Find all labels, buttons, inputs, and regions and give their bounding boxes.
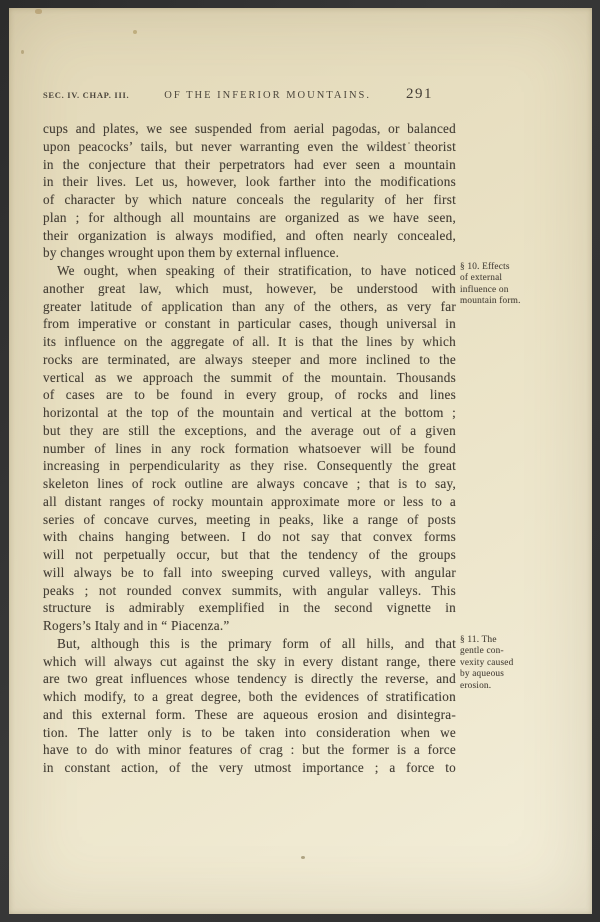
text-line: structure is admirably exemplified in th… bbox=[43, 599, 456, 617]
text-line: from imperative or constant in particula… bbox=[43, 315, 456, 333]
text-line: skeleton lines of rock outline are alway… bbox=[43, 475, 456, 493]
text-line: of cases are to be found in every group,… bbox=[43, 386, 456, 404]
book-page: SEC. IV. CHAP. III. OF THE INFERIOR MOUN… bbox=[9, 8, 592, 914]
text-line: upon peacocks’ tails, but never warranti… bbox=[43, 138, 456, 156]
side-note-line: § 11. The bbox=[460, 635, 556, 646]
scan-speck bbox=[408, 142, 410, 144]
text-line: are two great influences whose tendency … bbox=[43, 670, 456, 688]
side-note-line: erosion. bbox=[460, 681, 556, 692]
text-line: their organization is always modified, a… bbox=[43, 227, 456, 245]
text-line: in the conjecture that their perpetrator… bbox=[43, 156, 456, 174]
text-line: in constant action, of the very utmost i… bbox=[43, 759, 456, 777]
paragraph: But, although this is the primary form o… bbox=[43, 635, 456, 777]
running-head-title: OF THE INFERIOR MOUNTAINS. bbox=[129, 90, 406, 101]
text-line: tion. The latter only is to be taken int… bbox=[43, 724, 456, 742]
side-note-line: § 10. Effects bbox=[460, 262, 556, 273]
text-line: vertical as we approach the summit of th… bbox=[43, 369, 456, 387]
scan-speck bbox=[301, 856, 305, 859]
text-line: by changes wrought upon them by external… bbox=[43, 244, 456, 262]
scanned-book-photo: { "page": { "header": { "left": "SEC. IV… bbox=[0, 0, 600, 922]
text-line: number of lines in any rock formation wh… bbox=[43, 440, 456, 458]
scan-speck bbox=[21, 50, 24, 54]
running-head-section: SEC. IV. CHAP. III. bbox=[43, 90, 129, 100]
scan-artifact bbox=[35, 9, 42, 14]
text-line: in their lives. Let us, however, look fa… bbox=[43, 173, 456, 191]
text-line: Rogers’s Italy and in “ Piacenza.” bbox=[43, 617, 456, 635]
side-note-line: influence on bbox=[460, 285, 556, 296]
paragraph: We ought, when speaking of their stratif… bbox=[43, 262, 456, 635]
side-note-line: of external bbox=[460, 273, 556, 284]
text-line: plan ; for although all mountains are or… bbox=[43, 209, 456, 227]
text-line: rocks are terminated, are always steeper… bbox=[43, 351, 456, 369]
text-line: will not perpetually occur, but that the… bbox=[43, 546, 456, 564]
text-line: increasing in perpendicularity as they r… bbox=[43, 457, 456, 475]
text-line: which modify, to a great degree, both th… bbox=[43, 688, 456, 706]
text-line: We ought, when speaking of their stratif… bbox=[43, 262, 456, 280]
text-line: of character by which nature conceals th… bbox=[43, 191, 456, 209]
side-note: § 11. Thegentle con-vexity causedby aque… bbox=[460, 635, 556, 692]
text-line: but they are still the exceptions, and t… bbox=[43, 422, 456, 440]
text-line: another great law, which must, however, … bbox=[43, 280, 456, 298]
text-line: will always be to fall into sweeping cur… bbox=[43, 564, 456, 582]
side-note-line: vexity caused bbox=[460, 658, 556, 669]
text-line: with chains hanging between. I do not sa… bbox=[43, 528, 456, 546]
paragraph: cups and plates, we see suspended from a… bbox=[43, 120, 456, 262]
text-column: cups and plates, we see suspended from a… bbox=[43, 120, 456, 777]
text-line: have to do with minor features of crag :… bbox=[43, 741, 456, 759]
text-line: series of concave curves, meeting in pea… bbox=[43, 511, 456, 529]
page-header: SEC. IV. CHAP. III. OF THE INFERIOR MOUN… bbox=[43, 86, 433, 103]
text-line: which will always cut against the sky in… bbox=[43, 653, 456, 671]
page-number: 291 bbox=[406, 86, 433, 103]
side-note-line: gentle con- bbox=[460, 646, 556, 657]
text-line: But, although this is the primary form o… bbox=[43, 635, 456, 653]
text-line: its influence on the aggregate of all. I… bbox=[43, 333, 456, 351]
side-note-line: mountain form. bbox=[460, 296, 556, 307]
text-line: cups and plates, we see suspended from a… bbox=[43, 120, 456, 138]
side-note-line: by aqueous bbox=[460, 669, 556, 680]
side-note: § 10. Effectsof externalinfluence onmoun… bbox=[460, 262, 556, 308]
scan-speck bbox=[133, 30, 137, 34]
text-line: all distant ranges of rocky mountain app… bbox=[43, 493, 456, 511]
text-line: greater latitude of application than any… bbox=[43, 298, 456, 316]
text-line: horizontal at the top of the mountain an… bbox=[43, 404, 456, 422]
text-line: and this external form. These are aqueou… bbox=[43, 706, 456, 724]
text-line: peaks ; not rounded convex summits, with… bbox=[43, 582, 456, 600]
